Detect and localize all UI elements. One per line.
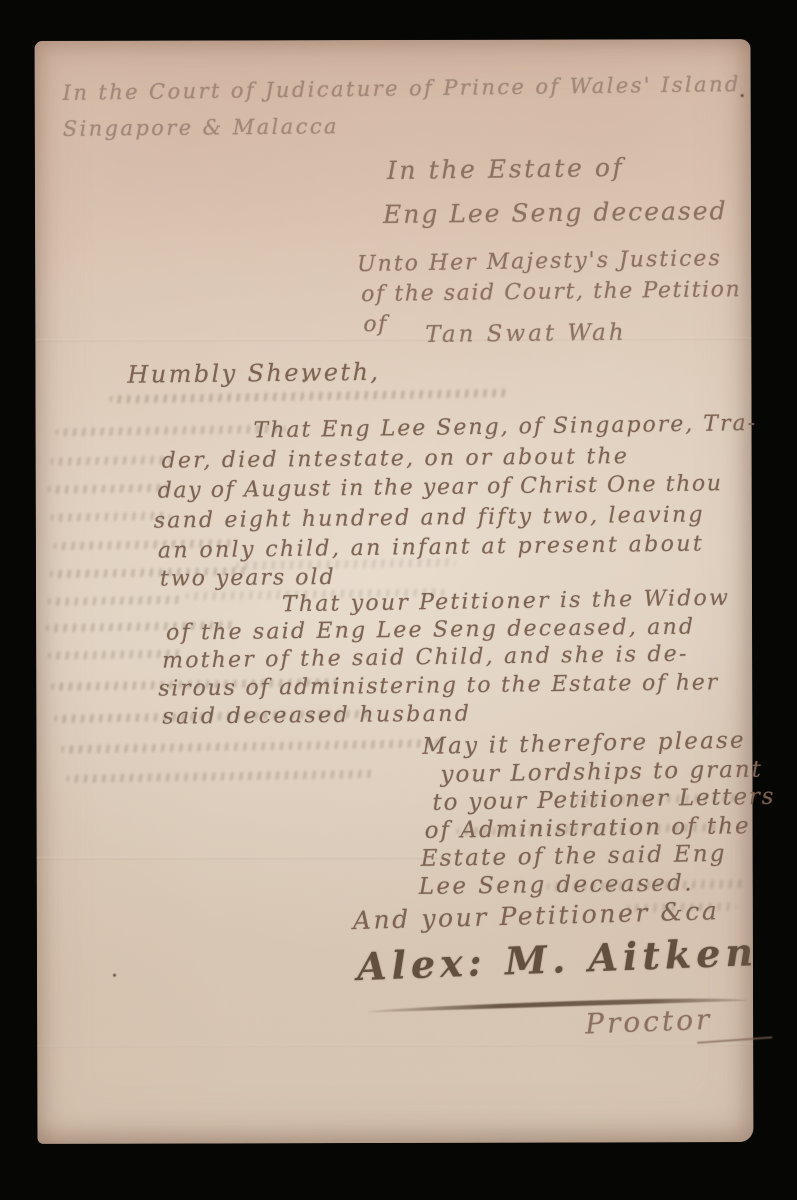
court-header-line1: In the Court of Judicature of Prince of … bbox=[63, 72, 741, 105]
estate-title-line1: In the Estate of bbox=[387, 153, 625, 185]
ink-speck bbox=[302, 379, 305, 382]
address-line1: Unto Her Majesty's Justices bbox=[357, 246, 722, 277]
signature-name: Alex: M. Aitken bbox=[356, 929, 759, 989]
estate-title-line2: Eng Lee Seng deceased bbox=[383, 196, 728, 229]
ink-bleedthrough-smudge bbox=[109, 389, 509, 404]
prayer-line: Estate of the said Eng bbox=[420, 841, 726, 872]
body-line: mother of the said Child, and she is de- bbox=[162, 642, 689, 674]
address-line3: of bbox=[363, 312, 388, 337]
address-line2: of the said Court, the Petition bbox=[361, 277, 741, 307]
prayer-line: May it therefore please bbox=[422, 727, 746, 759]
body-line: of the said Eng Lee Seng deceased, and bbox=[166, 615, 695, 646]
fold-crease bbox=[37, 856, 452, 860]
fold-crease bbox=[35, 337, 751, 342]
ink-speck bbox=[113, 974, 116, 977]
ink-bleedthrough-smudge bbox=[61, 739, 441, 753]
signature-title: Proctor bbox=[585, 1003, 713, 1041]
salutation: Humbly Sheweth, bbox=[127, 358, 380, 389]
ink-speck bbox=[741, 94, 744, 97]
prayer-line: your Lordships to grant bbox=[440, 757, 763, 788]
ink-bleedthrough-smudge bbox=[51, 456, 171, 466]
body-line: day of August in the year of Christ One … bbox=[158, 471, 723, 503]
body-line: sand eight hundred and fifty two, leavin… bbox=[154, 502, 705, 533]
court-header-line2: Singapore & Malacca bbox=[63, 114, 339, 141]
body-line: That Eng Lee Seng, of Singapore, Tra- bbox=[253, 411, 757, 443]
ink-bleedthrough-smudge bbox=[627, 902, 737, 912]
ink-bleedthrough-smudge bbox=[66, 770, 376, 783]
body-line: der, died intestate, on or about the bbox=[162, 444, 630, 473]
document-page: In the Court of Judicature of Prince of … bbox=[35, 39, 754, 1144]
ink-bleedthrough-smudge bbox=[56, 425, 286, 437]
ink-bleedthrough-smudge bbox=[48, 484, 173, 494]
petitioner-name: Tan Swat Wah bbox=[425, 320, 627, 348]
fold-crease bbox=[37, 1043, 753, 1048]
ink-bleedthrough-smudge bbox=[48, 596, 183, 606]
closing-line: And your Petitioner &ca bbox=[352, 896, 719, 935]
